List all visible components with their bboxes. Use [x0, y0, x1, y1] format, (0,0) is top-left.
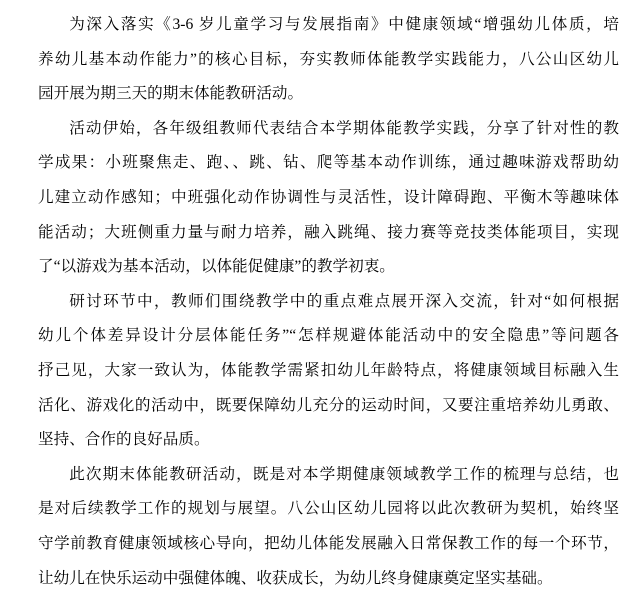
text-line: 活化、游戏化的活动中，既要保障幼儿充分的运动时间，又要注重培养幼儿勇敢、: [38, 389, 619, 424]
text-line: 抒己见，大家一致认为，体能教学需紧扣幼儿年龄特点，将健康领域目标融入生: [38, 354, 619, 389]
paragraph-conclusion: 此次期末体能教研活动，既是对本学期健康领域教学工作的梳理与总结，也 是对后续教学…: [38, 458, 619, 596]
paragraph-activity-sharing: 活动伊始，各年级组教师代表结合本学期体能教学实践，分享了针对性的教 学成果：小班…: [38, 112, 619, 285]
text-line: 是对后续教学工作的规划与展望。八公山区幼儿园将以此次教研为契机，始终坚: [38, 492, 619, 527]
text-line: 能活动；大班侧重力量与耐力培养，融入跳绳、接力赛等竞技类体能项目，实现: [38, 216, 619, 251]
text-line: 儿建立动作感知；中班强化动作协调性与灵活性，设计障碍跑、平衡木等趣味体: [38, 181, 619, 216]
text-line: 养幼儿基本动作能力”的核心目标，夯实教师体能教学实践能力，八公山区幼儿: [38, 43, 619, 78]
text-line: 学成果：小班聚焦走、跑、、跳、钻、爬等基本动作训练，通过趣味游戏帮助幼: [38, 146, 619, 181]
text-line: 坚持、合作的良好品质。: [38, 423, 619, 458]
text-line: 为深入落实《3-6 岁儿童学习与发展指南》中健康领域“增强幼儿体质，培: [38, 8, 619, 43]
text-line: 了“以游戏为基本活动，以体能促健康”的教学初衷。: [38, 250, 619, 285]
text-line: 研讨环节中，教师们围绕教学中的重点难点展开深入交流，针对“如何根据: [38, 285, 619, 320]
text-line: 幼儿个体差异设计分层体能任务”“怎样规避体能活动中的安全隐患”等问题各: [38, 319, 619, 354]
document-page: 为深入落实《3-6 岁儿童学习与发展指南》中健康领域“增强幼儿体质，培 养幼儿基…: [0, 0, 634, 600]
text-line: 让幼儿在快乐运动中强健体魄、收获成长，为幼儿终身健康奠定坚实基础。: [38, 562, 619, 597]
text-line: 活动伊始，各年级组教师代表结合本学期体能教学实践，分享了针对性的教: [38, 112, 619, 147]
paragraph-discussion: 研讨环节中，教师们围绕教学中的重点难点展开深入交流，针对“如何根据 幼儿个体差异…: [38, 285, 619, 458]
text-line: 守学前教育健康领域核心导向，把幼儿体能发展融入日常保教工作的每一个环节，: [38, 527, 619, 562]
text-line: 此次期末体能教研活动，既是对本学期健康领域教学工作的梳理与总结，也: [38, 458, 619, 493]
paragraph-intro: 为深入落实《3-6 岁儿童学习与发展指南》中健康领域“增强幼儿体质，培 养幼儿基…: [38, 8, 619, 112]
text-line: 园开展为期三天的期末体能教研活动。: [38, 77, 619, 112]
